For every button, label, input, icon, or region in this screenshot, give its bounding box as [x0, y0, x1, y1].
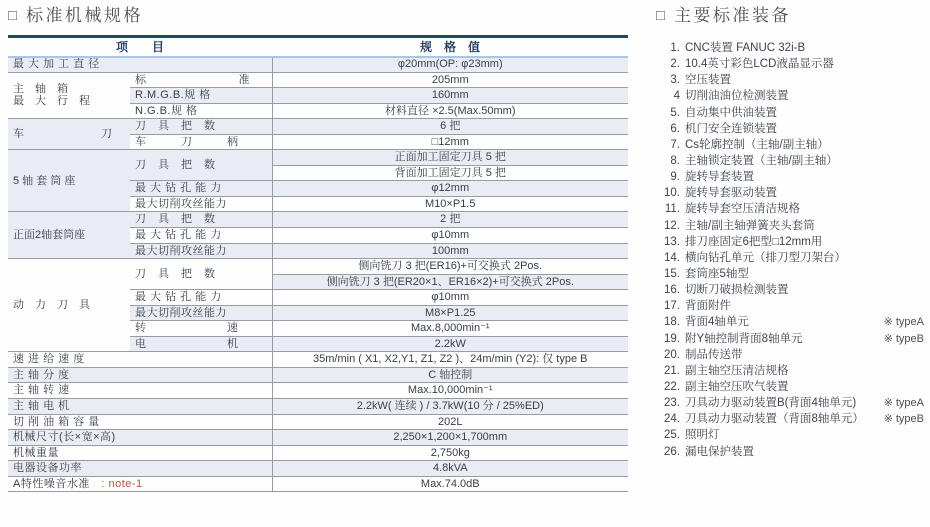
equipment-item-number: 9.	[656, 169, 680, 185]
equipment-item: 24.刀具动力驱动装置（背面8轴单元）※ typeB	[656, 411, 924, 427]
spec-item-cell: A特性噪音水准 : note-1	[8, 476, 272, 492]
equipment-item-text: 套筒座5轴型	[685, 266, 749, 282]
spec-value-cell: Max.8,000min⁻¹	[272, 321, 628, 337]
equipment-item-text: 机门安全连锁装置	[685, 121, 777, 137]
equipment-section-title: □ 主要标准装备	[656, 5, 924, 27]
equipment-item-text: 切断刀破损检测装置	[685, 282, 789, 298]
spec-item-cell: 最 大 钻 孔 能 力	[130, 228, 272, 244]
spec-item-cell: 最大切削攻丝能力	[130, 305, 272, 321]
spec-row: 机械尺寸(长×宽×高)2,250×1,200×1,700mm	[8, 430, 628, 446]
equipment-item: 2.10.4英寸彩色LCD液晶显示器	[656, 56, 924, 72]
equipment-item-text: 旋转导套空压清洁规格	[685, 201, 800, 217]
spec-row: 电器设备功率4.8kVA	[8, 461, 628, 477]
spec-value-cell: M10×P1.5	[272, 196, 628, 212]
equipment-item-number: 26.	[656, 444, 680, 460]
equipment-item-text: 排刀座固定6把型□12mm用	[685, 234, 822, 250]
spec-item-cell: 刀 具 把 数	[130, 259, 272, 290]
equipment-item: 21.副主轴空压清洁规格	[656, 363, 924, 379]
equipment-item-number: 19.	[656, 331, 680, 347]
spec-group-cell: 车 刀	[8, 119, 130, 150]
spec-item-cell: R.M.G.B.规 格	[130, 88, 272, 104]
spec-row: 最 大 加 工 直 径φ20mm(OP: φ23mm)	[8, 57, 628, 73]
spec-header-item: 项 目	[8, 37, 272, 57]
equipment-item-number: 2.	[656, 56, 680, 72]
spec-value-cell: Max.10,000min⁻¹	[272, 383, 628, 399]
equipment-item-number: 10.	[656, 185, 680, 201]
equipment-item-number: 4	[656, 88, 680, 104]
equipment-item: 3.空压装置	[656, 72, 924, 88]
spec-row: 主 轴 转 速Max.10,000min⁻¹	[8, 383, 628, 399]
equipment-item-text: 主轴锁定装置（主轴/副主轴）	[685, 153, 838, 169]
spec-value-cell: 正面加工固定刀具 5 把	[272, 150, 628, 166]
spec-item-cell: 机械重量	[8, 445, 272, 461]
equipment-item-text: 漏电保护装置	[685, 444, 754, 460]
equipment-item-type-tag: ※ typeB	[884, 331, 924, 347]
spec-value-cell: φ20mm(OP: φ23mm)	[272, 57, 628, 73]
spec-value-cell: 2,750kg	[272, 445, 628, 461]
equipment-item-text: 切削油油位检测装置	[685, 88, 789, 104]
spec-header-value: 规 格 值	[272, 37, 628, 57]
equipment-item: 22.副主轴空压吹气装置	[656, 379, 924, 395]
spec-row: 主 轴 电 机2.2kW( 连续 ) / 3.7kW(10 分 / 25%ED)	[8, 399, 628, 415]
equipment-item: 16.切断刀破损检测装置	[656, 282, 924, 298]
spec-group-cell: 正面2轴套筒座	[8, 212, 130, 259]
equipment-item-number: 11.	[656, 201, 680, 217]
spec-item-cell: 最 大 钻 孔 能 力	[130, 290, 272, 306]
spec-row: 正面2轴套筒座刀 具 把 数2 把	[8, 212, 628, 228]
spec-item-cell: 机械尺寸(长×宽×高)	[8, 430, 272, 446]
spec-value-cell: 160mm	[272, 88, 628, 104]
equipment-item-text: 背面附件	[685, 298, 731, 314]
spec-value-cell: 背面加工固定刀具 5 把	[272, 165, 628, 181]
equipment-item: 17.背面附件	[656, 298, 924, 314]
spec-item-cell: 转 速	[130, 321, 272, 337]
equipment-items: 1.CNC装置 FANUC 32i-B2.10.4英寸彩色LCD液晶显示器3.空…	[656, 40, 924, 460]
spec-item-cell: 切 削 油 箱 容 量	[8, 414, 272, 430]
spec-item-cell: 最 大 加 工 直 径	[8, 57, 272, 73]
spec-value-cell: 2.2kW	[272, 336, 628, 352]
equipment-item-text: 旋转导套驱动装置	[685, 185, 777, 201]
equipment-item-text: 空压装置	[685, 72, 731, 88]
equipment-title-text: 主要标准装备	[674, 5, 791, 27]
equipment-item-number: 17.	[656, 298, 680, 314]
spec-value-cell: C 轴控制	[272, 367, 628, 383]
spec-table-body: 最 大 加 工 直 径φ20mm(OP: φ23mm)主 轴 箱 最 大 行 程…	[8, 57, 628, 492]
spec-item-cell: 标 准	[130, 72, 272, 88]
equipment-item-number: 7.	[656, 137, 680, 153]
equipment-item-text: 照明灯	[685, 427, 720, 443]
spec-value-cell: Max.74.0dB	[272, 476, 628, 492]
equipment-item-number: 23.	[656, 395, 680, 411]
spec-row: 主 轴 分 度C 轴控制	[8, 367, 628, 383]
spec-value-cell: □12mm	[272, 134, 628, 150]
spec-item-cell: 刀 具 把 数	[130, 119, 272, 135]
equipment-item-number: 3.	[656, 72, 680, 88]
equipment-item-text: 主轴/副主轴弹簧夹头套筒	[685, 218, 815, 234]
equipment-item-number: 13.	[656, 234, 680, 250]
spec-value-cell: 材料直径 ×2.5(Max.50mm)	[272, 103, 628, 119]
equipment-item-number: 5.	[656, 105, 680, 121]
equipment-item-type-tag: ※ typeA	[884, 314, 924, 330]
spec-item-cell: 主 轴 电 机	[8, 399, 272, 415]
equipment-item: 6.机门安全连锁装置	[656, 121, 924, 137]
spec-item-cell: 最大切削攻丝能力	[130, 243, 272, 259]
equipment-item: 23.刀具动力驱动装置B(背面4轴单元)※ typeA	[656, 395, 924, 411]
spec-section: □ 标准机械规格 项 目 规 格 值 最 大 加 工 直 径φ20mm(OP: …	[8, 5, 628, 492]
spec-group-cell: 主 轴 箱 最 大 行 程	[8, 72, 130, 119]
equipment-item: 20.制品传送带	[656, 347, 924, 363]
spec-row: 动 力 刀 具刀 具 把 数侧向铣刀 3 把(ER16)+可交换式 2Pos.	[8, 259, 628, 275]
spec-value-cell: 205mm	[272, 72, 628, 88]
equipment-item-text: 横向钻孔单元（排刀型刀架台）	[685, 250, 846, 266]
equipment-item-text: 制品传送带	[685, 347, 743, 363]
spec-row: 速 进 给 速 度35m/min ( X1, X2,Y1, Z1, Z2 )、2…	[8, 352, 628, 368]
equipment-item-text: Cs轮廓控制（主轴/副主轴）	[685, 137, 829, 153]
spec-row: 车 刀刀 具 把 数6 把	[8, 119, 628, 135]
spec-value-cell: φ12mm	[272, 181, 628, 197]
spec-item-cell: 刀 具 把 数	[130, 150, 272, 181]
spec-item-cell: 最大切削攻丝能力	[130, 196, 272, 212]
spec-item-cell: 电 机	[130, 336, 272, 352]
equipment-item: 5.自动集中供油装置	[656, 105, 924, 121]
equipment-item-number: 20.	[656, 347, 680, 363]
equipment-item: 1.CNC装置 FANUC 32i-B	[656, 40, 924, 56]
equipment-item: 19.附Y轴控制背面8轴单元※ typeB	[656, 331, 924, 347]
spec-table: 项 目 规 格 值 最 大 加 工 直 径φ20mm(OP: φ23mm)主 轴…	[8, 35, 628, 492]
equipment-item-number: 14.	[656, 250, 680, 266]
spec-value-cell: 侧向铣刀 3 把(ER16)+可交换式 2Pos.	[272, 259, 628, 275]
equipment-item-number: 12.	[656, 218, 680, 234]
spec-group-cell: 动 力 刀 具	[8, 259, 130, 352]
spec-value-cell: 2,250×1,200×1,700mm	[272, 430, 628, 446]
spec-item-cell: 最 大 钻 孔 能 力	[130, 181, 272, 197]
spec-value-cell: φ10mm	[272, 290, 628, 306]
spec-row: 主 轴 箱 最 大 行 程标 准205mm	[8, 72, 628, 88]
equipment-item-number: 15.	[656, 266, 680, 282]
spec-row: A特性噪音水准 : note-1Max.74.0dB	[8, 476, 628, 492]
equipment-item-text: 自动集中供油装置	[685, 105, 777, 121]
equipment-item-number: 25.	[656, 427, 680, 443]
spec-value-cell: 2.2kW( 连续 ) / 3.7kW(10 分 / 25%ED)	[272, 399, 628, 415]
spec-row: 5 轴 套 筒 座刀 具 把 数正面加工固定刀具 5 把	[8, 150, 628, 166]
spec-item-cell: 电器设备功率	[8, 461, 272, 477]
equipment-item-number: 6.	[656, 121, 680, 137]
spec-title-text: 标准机械规格	[26, 5, 143, 27]
equipment-item-text: 旋转导套装置	[685, 169, 754, 185]
equipment-item-number: 8.	[656, 153, 680, 169]
spec-value-cell: 202L	[272, 414, 628, 430]
equipment-item: 18.背面4轴单元※ typeA	[656, 314, 924, 330]
spec-row: 机械重量2,750kg	[8, 445, 628, 461]
equipment-item-type-tag: ※ typeA	[884, 395, 924, 411]
equipment-item: 10.旋转导套驱动装置	[656, 185, 924, 201]
spec-value-cell: 35m/min ( X1, X2,Y1, Z1, Z2 )、24m/min (Y…	[272, 352, 628, 368]
equipment-item-text: CNC装置 FANUC 32i-B	[685, 40, 805, 56]
equipment-item-text: 10.4英寸彩色LCD液晶显示器	[685, 56, 834, 72]
equipment-item-text: 副主轴空压清洁规格	[685, 363, 789, 379]
note-reference: : note-1	[90, 478, 143, 490]
spec-value-cell: 100mm	[272, 243, 628, 259]
spec-value-cell: 4.8kVA	[272, 461, 628, 477]
equipment-item: 25.照明灯	[656, 427, 924, 443]
spec-item-cell: 主 轴 分 度	[8, 367, 272, 383]
equipment-item-text: 刀具动力驱动装置B(背面4轴单元)	[685, 395, 856, 411]
spec-item-cell: 刀 具 把 数	[130, 212, 272, 228]
equipment-item-text: 刀具动力驱动装置（背面8轴单元）	[685, 411, 864, 427]
spec-item-cell: 车 刀 柄	[130, 134, 272, 150]
equipment-item: 7.Cs轮廓控制（主轴/副主轴）	[656, 137, 924, 153]
equipment-item: 12.主轴/副主轴弹簧夹头套筒	[656, 218, 924, 234]
equipment-item-number: 24.	[656, 411, 680, 427]
equipment-item-number: 18.	[656, 314, 680, 330]
spec-value-cell: 侧向铣刀 3 把(ER20×1、ER16×2)+可交换式 2Pos.	[272, 274, 628, 290]
spec-group-cell: 5 轴 套 筒 座	[8, 150, 130, 212]
spec-section-title: □ 标准机械规格	[8, 5, 628, 27]
spec-item-cell: N.G.B.规 格	[130, 103, 272, 119]
equipment-item: 13.排刀座固定6把型□12mm用	[656, 234, 924, 250]
equipment-item: 11.旋转导套空压清洁规格	[656, 201, 924, 217]
equipment-item: 8.主轴锁定装置（主轴/副主轴）	[656, 153, 924, 169]
equipment-item: 4切削油油位检测装置	[656, 88, 924, 104]
equipment-item-number: 1.	[656, 40, 680, 56]
equipment-item: 14.横向钻孔单元（排刀型刀架台）	[656, 250, 924, 266]
spec-value-cell: φ10mm	[272, 228, 628, 244]
square-bullet-icon: □	[656, 5, 665, 27]
spec-row: 切 削 油 箱 容 量202L	[8, 414, 628, 430]
equipment-item-number: 16.	[656, 282, 680, 298]
equipment-item-text: 附Y轴控制背面8轴单元	[685, 331, 803, 347]
equipment-section: □ 主要标准装备 1.CNC装置 FANUC 32i-B2.10.4英寸彩色LC…	[656, 5, 924, 460]
equipment-item: 15.套筒座5轴型	[656, 266, 924, 282]
equipment-item-text: 副主轴空压吹气装置	[685, 379, 789, 395]
spec-table-header-row: 项 目 规 格 值	[8, 37, 628, 57]
square-bullet-icon: □	[8, 5, 17, 27]
spec-value-cell: M8×P1.25	[272, 305, 628, 321]
spec-value-cell: 2 把	[272, 212, 628, 228]
equipment-item-number: 21.	[656, 363, 680, 379]
equipment-item-type-tag: ※ typeB	[884, 411, 924, 427]
equipment-item: 9.旋转导套装置	[656, 169, 924, 185]
equipment-item-number: 22.	[656, 379, 680, 395]
spec-item-cell: 主 轴 转 速	[8, 383, 272, 399]
spec-value-cell: 6 把	[272, 119, 628, 135]
equipment-item-text: 背面4轴单元	[685, 314, 749, 330]
equipment-item: 26.漏电保护装置	[656, 444, 924, 460]
spec-item-cell: 速 进 给 速 度	[8, 352, 272, 368]
